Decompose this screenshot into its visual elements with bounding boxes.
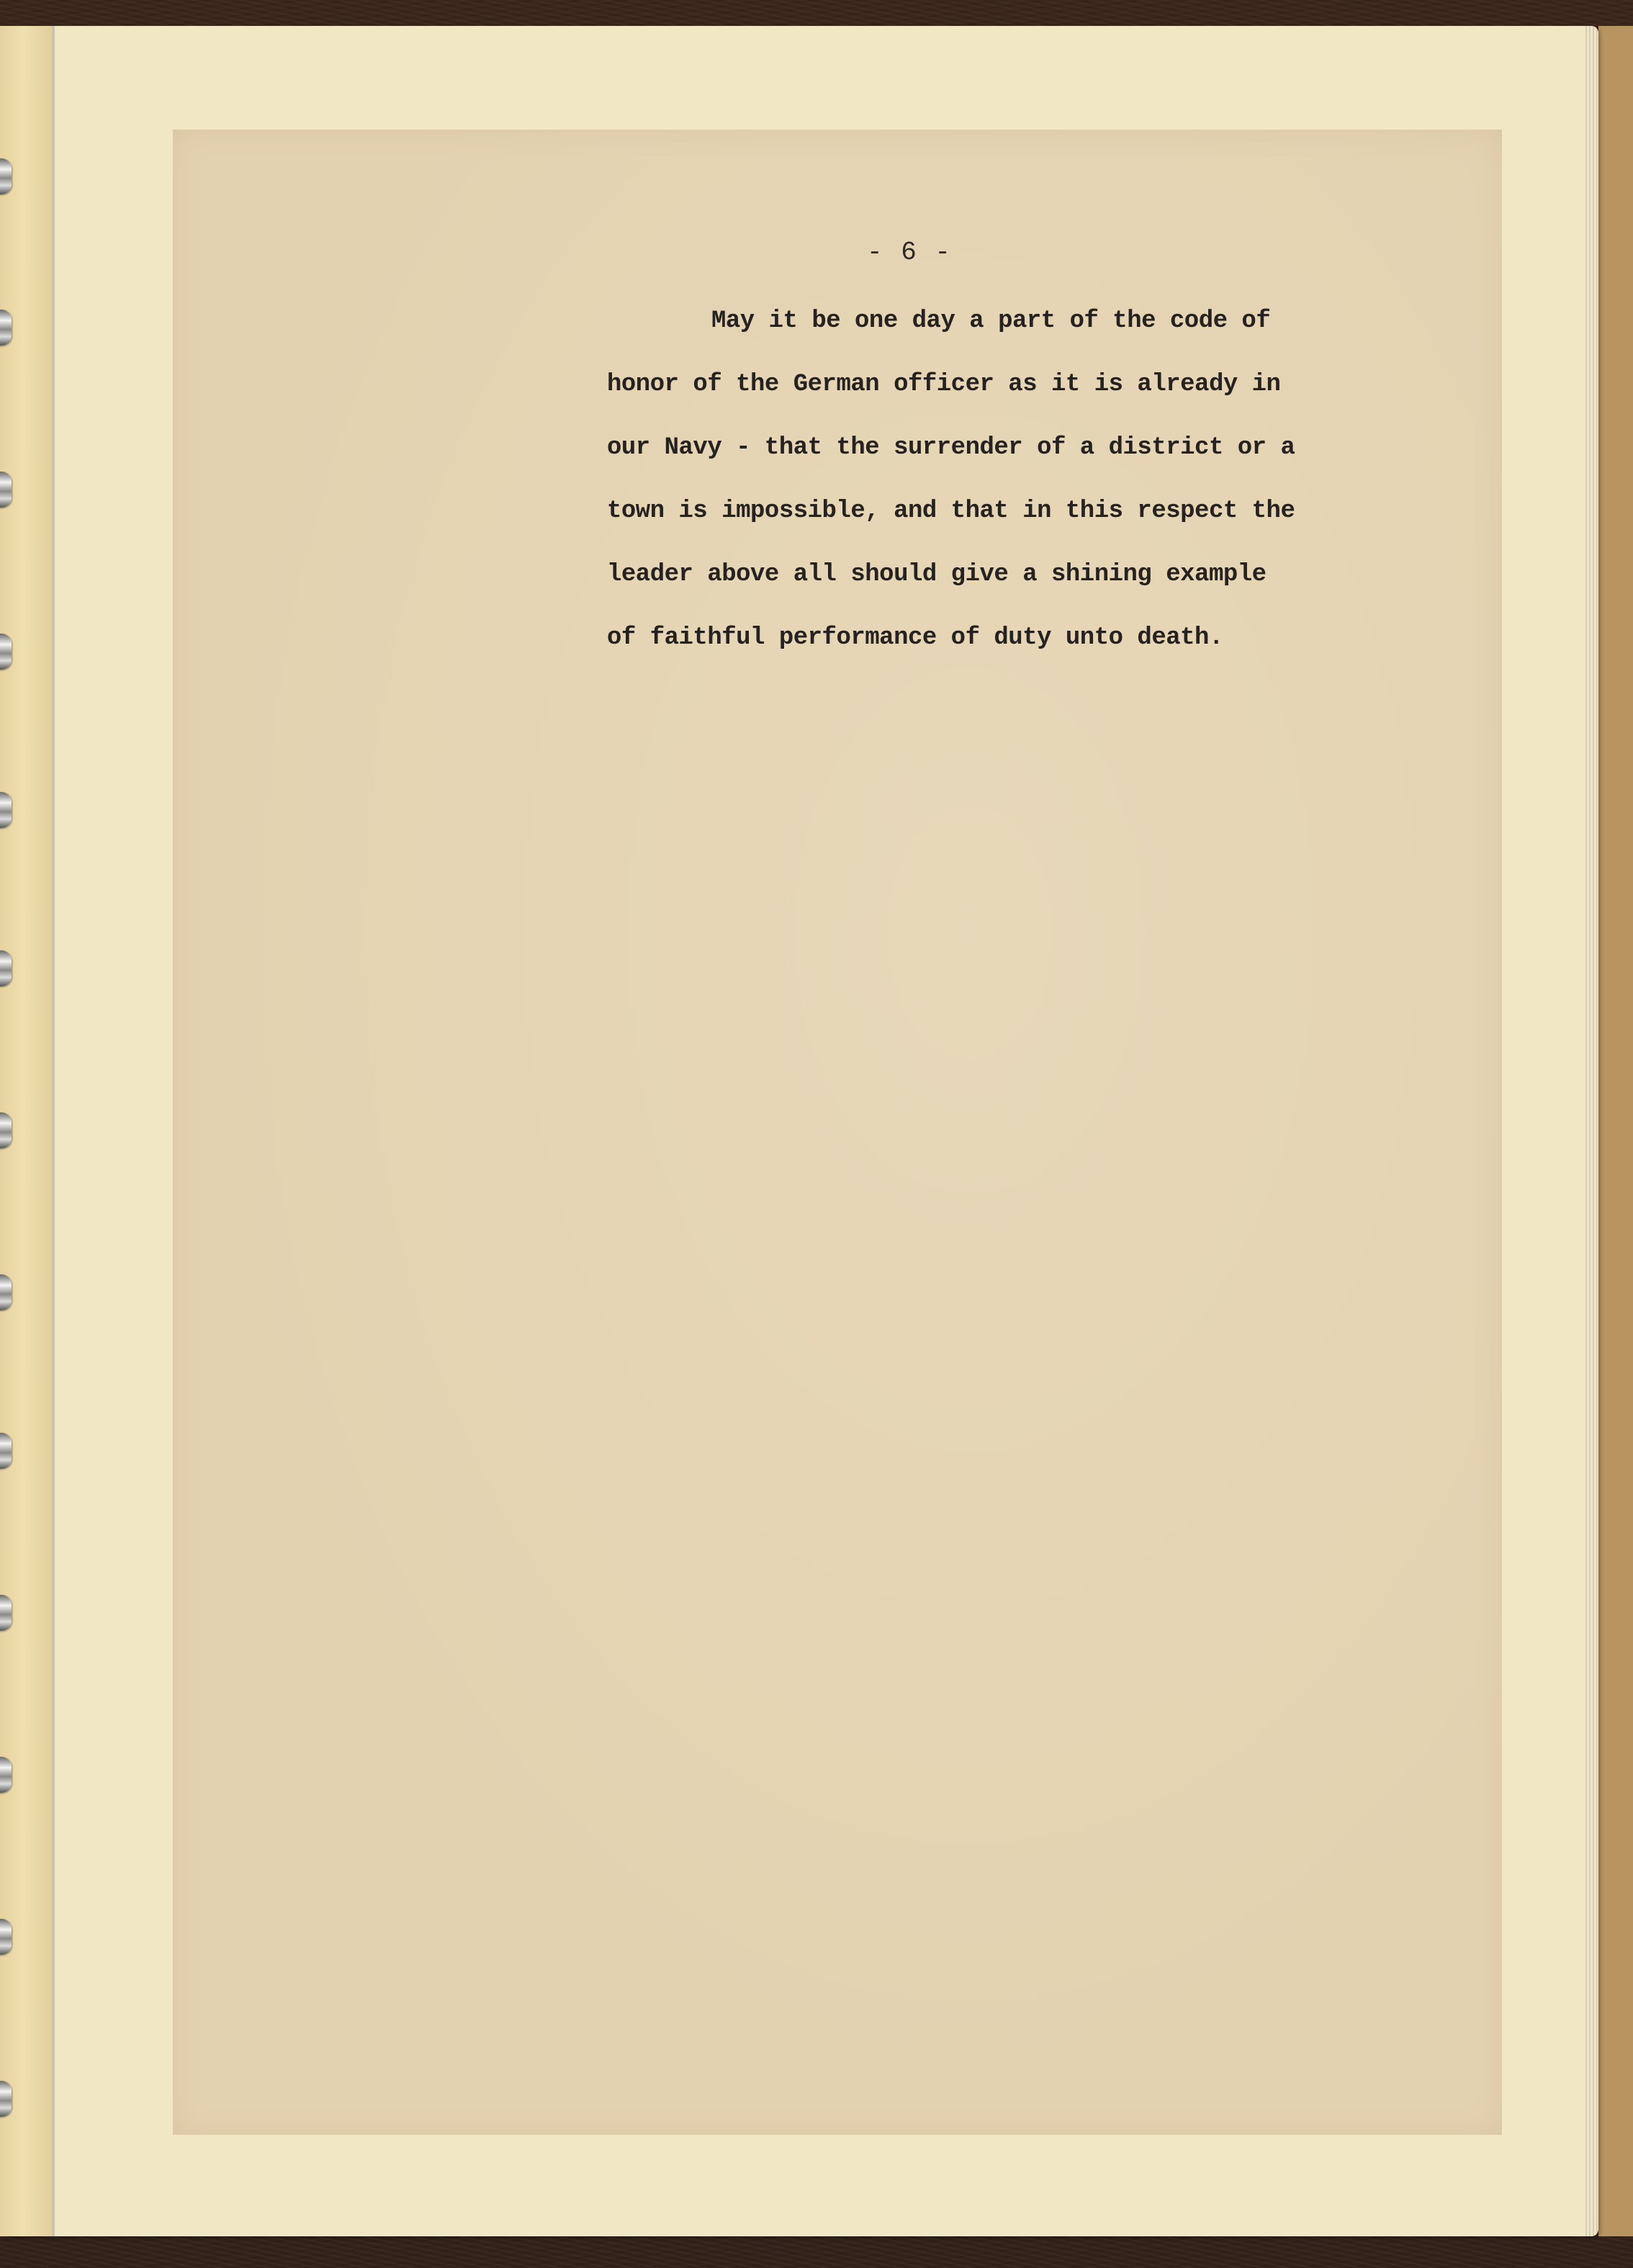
binder-ring-icon (0, 1433, 12, 1469)
binder-ring-icon (0, 1112, 12, 1148)
binder-ring-icon (0, 1919, 12, 1955)
binder-ring-icon (0, 310, 12, 346)
paragraph-line: town is impossible, and that in this res… (607, 480, 1327, 543)
paragraph-line: of faithful performance of duty unto dea… (607, 606, 1327, 670)
binder-ring-icon (0, 634, 12, 670)
binder-ring-icon (0, 1757, 12, 1793)
binder-ring-icon (0, 158, 12, 194)
binder-ring-icon (0, 1274, 12, 1310)
binding-strip (0, 26, 55, 2236)
page-edge-stack (1585, 26, 1598, 2236)
paragraph-line: leader above all should give a shining e… (607, 543, 1327, 606)
page-number: - 6 - (173, 238, 1502, 267)
binder-ring-icon (0, 950, 12, 986)
body-paragraph: May it be one day a part of the code of … (607, 289, 1327, 670)
binder-ring-icon (0, 792, 12, 828)
paragraph-line: May it be one day a part of the code of (607, 289, 1327, 353)
album-page: - 6 - May it be one day a part of the co… (0, 26, 1598, 2236)
binder-right-cover (1598, 26, 1633, 2236)
binder-ring-icon (0, 472, 12, 508)
paragraph-line: honor of the German officer as it is alr… (607, 353, 1327, 416)
typed-sheet: - 6 - May it be one day a part of the co… (173, 130, 1502, 2135)
binder-ring-icon (0, 2081, 12, 2117)
binder-ring-icon (0, 1595, 12, 1631)
paragraph-line: our Navy - that the surrender of a distr… (607, 416, 1327, 480)
